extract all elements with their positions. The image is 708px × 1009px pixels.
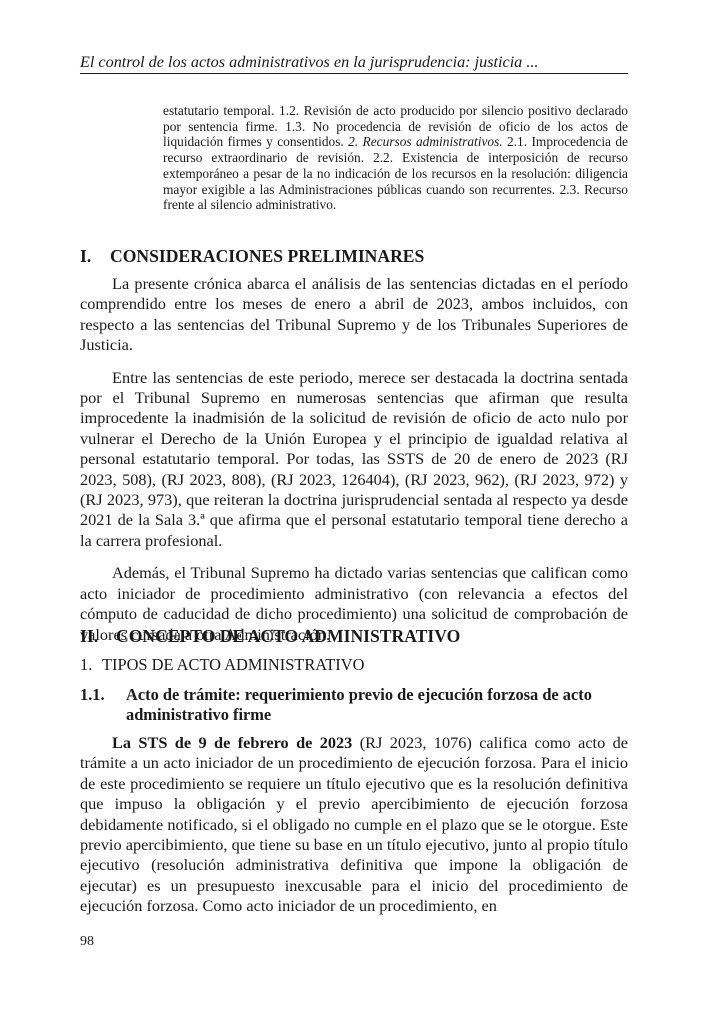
paragraph: La presente crónica abarca el análisis d… — [80, 274, 628, 356]
abstract-italic-section: 2. Recursos administrativos. — [348, 134, 503, 149]
section-heading-i: I.CONSIDERACIONES PRELIMINARES — [80, 245, 628, 267]
running-head: El control de los actos administrativos … — [80, 52, 628, 74]
document-page: El control de los actos administrativos … — [0, 0, 708, 1009]
case-citation-bold: La STS de 9 de febrero de 2023 — [112, 733, 352, 752]
section-number: I. — [80, 245, 110, 267]
subsection-title: TIPOS DE ACTO ADMINISTRATIVO — [102, 655, 364, 674]
subsection-heading-1-1: 1.1.Acto de trámite: requerimiento previ… — [80, 685, 628, 724]
section-heading-ii: II.CONCEPTO DE ACTO ADMINISTRATIVO — [80, 625, 628, 647]
subsection-number: 1. — [80, 654, 102, 676]
section-i-body: La presente crónica abarca el análisis d… — [80, 274, 628, 645]
section-title: CONSIDERACIONES PRELIMINARES — [110, 246, 424, 266]
summary-abstract: estatutario temporal. 1.2. Revisión de a… — [163, 103, 628, 213]
section-number: II. — [80, 625, 116, 647]
subsection-title: Acto de trámite: requerimiento previo de… — [126, 685, 628, 724]
subsection-heading-1: 1.TIPOS DE ACTO ADMINISTRATIVO — [80, 654, 628, 676]
section-ii-body: La STS de 9 de febrero de 2023 (RJ 2023,… — [80, 733, 628, 917]
paragraph: Entre las sentencias de este periodo, me… — [80, 368, 628, 552]
section-title: CONCEPTO DE ACTO ADMINISTRATIVO — [116, 626, 460, 646]
paragraph-text: (RJ 2023, 1076) califica como acto de tr… — [80, 733, 628, 915]
subsection-number: 1.1. — [80, 685, 105, 705]
page-number: 98 — [80, 934, 94, 950]
paragraph: La STS de 9 de febrero de 2023 (RJ 2023,… — [80, 733, 628, 917]
